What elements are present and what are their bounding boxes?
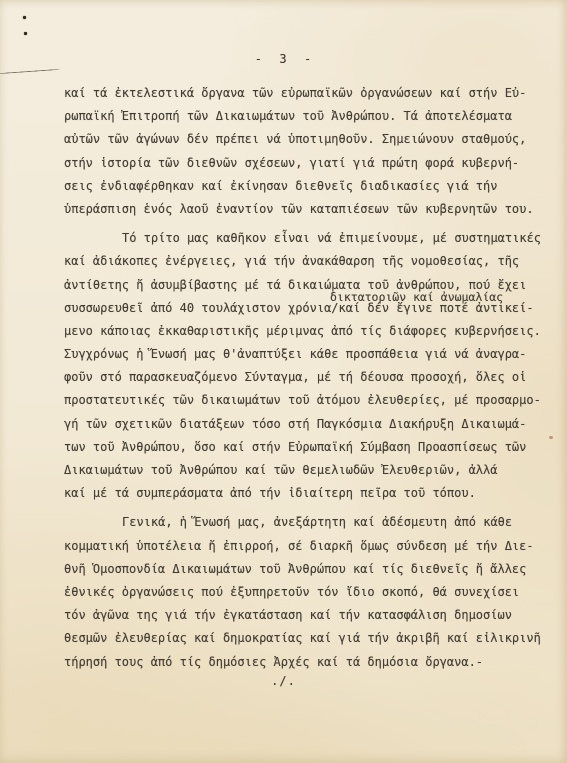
- text-line: στήν ἱστορία τῶν διεθνῶν σχέσεων, γιατί …: [64, 152, 554, 175]
- page-number: - 3 -: [0, 52, 567, 66]
- text-line: ρωπαϊκή Ἐπιτροπή τῶν Δικαιωμάτων τοῦ Ἀνθ…: [64, 105, 554, 128]
- text-line: των τοῦ Ἀνθρώπου, ὅσο καί στήν Εὐρωπαϊκή…: [64, 436, 554, 459]
- text-line: γή τῶν σχετικῶν διατάξεων τόσο στή Παγκό…: [64, 413, 554, 436]
- text-line: τόν ἀγῶνα της γιά τήν ἐγκατάσταση καί τή…: [64, 604, 554, 627]
- text-line: ὑπεράσπιση ἑνός λαοῦ ἐναντίον τῶν καταπι…: [64, 198, 554, 221]
- text-line: αὐτῶν τῶν ἀγώνων δέν πρέπει νά ὑποτιμηθο…: [64, 128, 554, 151]
- document-body: καί τά ἐκτελεστικά ὄργανα τῶν εὐρωπαϊκῶν…: [64, 82, 554, 674]
- text-line: Συγχρόνως ἡ Ἕνωσή μας θ'ἀναπτύξει κάθε π…: [64, 343, 554, 366]
- scanned-document-page: - 3 - καί τά ἐκτελεστικά ὄργανα τῶν εὐρω…: [0, 0, 567, 763]
- text-line: Τό τρίτο μας καθῆκον εἶναι νά ἐπιμείνουμ…: [64, 227, 554, 250]
- interlinear-insertion: δικτατοριῶν καί ἀνωμαλίας: [330, 286, 503, 309]
- text-line: ἐθνικές ὀργανώσεις πού ἐξυπηρετοῦν τόν ἴ…: [64, 581, 554, 604]
- text-line: σεις ἐνδιαφέρθηκαν καί ἐκίνησαν διεθνεῖς…: [64, 175, 554, 198]
- text-line: κομματική ὑποτέλεια ἤ ἐπιρροή, σέ διαρκῆ…: [64, 535, 554, 558]
- paragraph: Γενικά, ἡ Ἕνωσή μας, ἀνεξάρτητη καί ἀδέσ…: [64, 511, 554, 673]
- text-line: φοῦν στό παρασκευαζόμενο Σύνταγμα, μέ τή…: [64, 366, 554, 389]
- text-line: συσσωρευθεῖ ἀπό 40 τουλάχιστον χρόνια/κα…: [64, 297, 554, 320]
- text-line: καί ἀδιάκοπες ἐνέργειες, γιά τήν ἀνακάθα…: [64, 250, 554, 273]
- pencil-stroke-mark: [0, 69, 60, 74]
- text-line: θνῆ Ὁμοσπονδία Δικαιωμάτων τοῦ Ἀνθρώπου …: [64, 558, 554, 581]
- pencil-dot: [24, 32, 27, 35]
- paragraph: καί τά ἐκτελεστικά ὄργανα τῶν εὐρωπαϊκῶν…: [64, 82, 554, 221]
- continuation-mark: ./.: [0, 674, 567, 688]
- paper-blemish: [549, 436, 553, 439]
- text-line: Γενικά, ἡ Ἕνωσή μας, ἀνεξάρτητη καί ἀδέσ…: [64, 511, 554, 534]
- text-line: καί τά ἐκτελεστικά ὄργανα τῶν εὐρωπαϊκῶν…: [64, 82, 554, 105]
- paragraph: Τό τρίτο μας καθῆκον εἶναι νά ἐπιμείνουμ…: [64, 227, 554, 505]
- pencil-dot: [23, 16, 26, 19]
- text-line: καί μέ τά συμπεράσματα ἀπό τήν ἰδιαίτερη…: [64, 482, 554, 505]
- text-line: Δικαιωμάτων τοῦ Ἀνθρώπου καί τῶν θεμελιω…: [64, 459, 554, 482]
- text-line: τήρησή τους ἀπό τίς δημόσιες Ἀρχές καί τ…: [64, 651, 554, 674]
- text-line: μενο κάποιας ἐκκαθαριστικῆς μέριμνας ἀπό…: [64, 320, 554, 343]
- text-line: θεσμῶν ἐλευθερίας καί δημοκρατίας καί γι…: [64, 627, 554, 650]
- text-line: προστατευτικές τῶν δικαιωμάτων τοῦ ἀτόμο…: [64, 389, 554, 412]
